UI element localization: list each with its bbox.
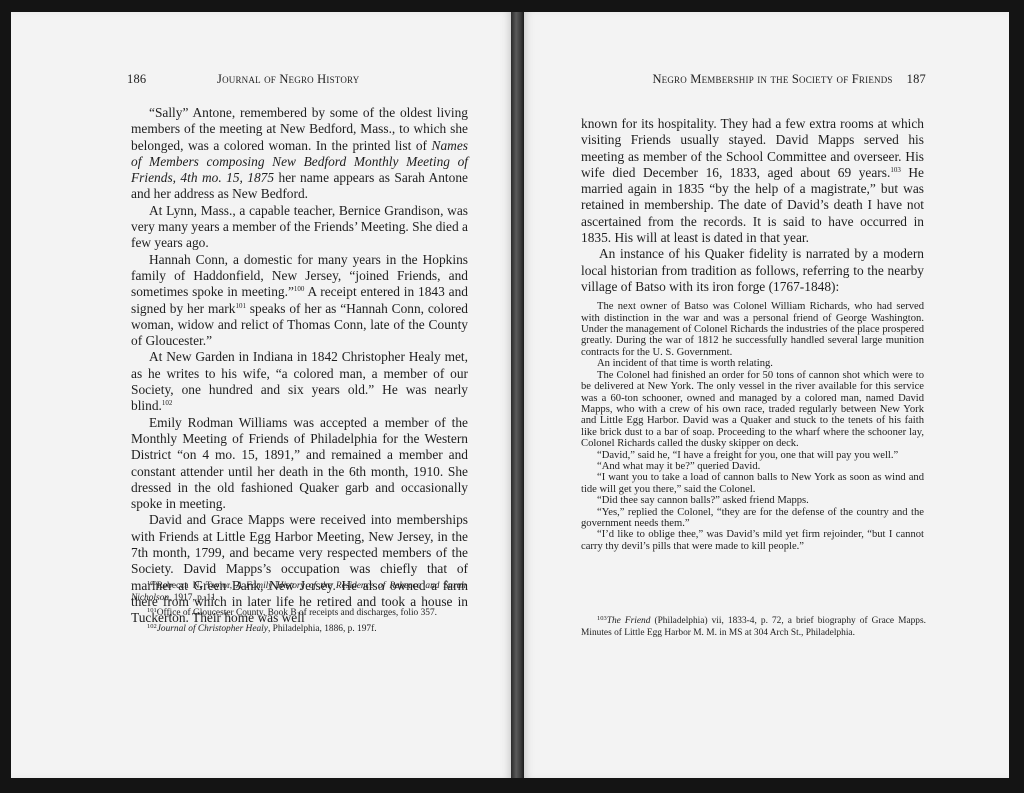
body-text-left: “Sally” Antone, remembered by some of th…: [131, 105, 468, 627]
footnote-ref: 101: [235, 302, 246, 310]
page-number: 186: [127, 72, 146, 87]
quote-paragraph: An incident of that time is worth relati…: [581, 358, 924, 369]
right-page: Negro Membership in the Society of Frien…: [524, 12, 1009, 778]
running-head-right: Negro Membership in the Society of Frien…: [616, 72, 926, 87]
footnote: 103The Friend (Philadelphia) vii, 1833-4…: [581, 613, 926, 639]
paragraph: “Sally” Antone, remembered by some of th…: [131, 105, 468, 203]
quote-paragraph: “David,” said he, “I have a freight for …: [581, 450, 924, 461]
block-quote: The next owner of Batso was Colonel Will…: [581, 301, 924, 552]
footnote: 102Journal of Christopher Healy, Philade…: [131, 621, 466, 635]
footnotes-left: 100Rebecca N. Taylor, A Family History o…: [131, 578, 466, 636]
body-text-right: known for its hospitality. They had a fe…: [581, 116, 924, 552]
paragraph: At Lynn, Mass., a capable teacher, Berni…: [131, 203, 468, 252]
footnote-ref: 102: [162, 399, 173, 407]
left-page: 186 Journal of Negro History “Sally” Ant…: [11, 12, 511, 778]
quote-paragraph: The next owner of Batso was Colonel Will…: [581, 301, 924, 358]
footnotes-right: 103The Friend (Philadelphia) vii, 1833-4…: [581, 613, 926, 640]
paragraph: Hannah Conn, a domestic for many years i…: [131, 252, 468, 350]
quote-paragraph: “And what may it be?” queried David.: [581, 461, 924, 472]
quote-paragraph: The Colonel had finished an order for 50…: [581, 370, 924, 450]
book-gutter: [511, 12, 524, 778]
quote-paragraph: “I want you to take a load of cannon bal…: [581, 472, 924, 495]
footnote-ref: 103: [890, 166, 901, 174]
article-title: Negro Membership in the Society of Frien…: [652, 72, 892, 86]
quote-paragraph: “I’d like to oblige thee,” was David’s m…: [581, 529, 924, 552]
journal-title: Journal of Negro History: [217, 72, 359, 87]
footnote-ref: 100: [294, 285, 305, 293]
footnote: 100Rebecca N. Taylor, A Family History o…: [131, 578, 466, 604]
quote-paragraph: “Did thee say cannon balls?” asked frien…: [581, 495, 924, 506]
paragraph: At New Garden in Indiana in 1842 Christo…: [131, 349, 468, 414]
paragraph: An instance of his Quaker fidelity is na…: [581, 246, 924, 295]
footnote: 101Office of Gloucester County, Book B o…: [131, 605, 466, 619]
paragraph: Emily Rodman Williams was accepted a mem…: [131, 415, 468, 513]
page-number: 187: [907, 72, 926, 86]
quote-paragraph: “Yes,” replied the Colonel, “they are fo…: [581, 507, 924, 530]
paragraph: known for its hospitality. They had a fe…: [581, 116, 924, 246]
